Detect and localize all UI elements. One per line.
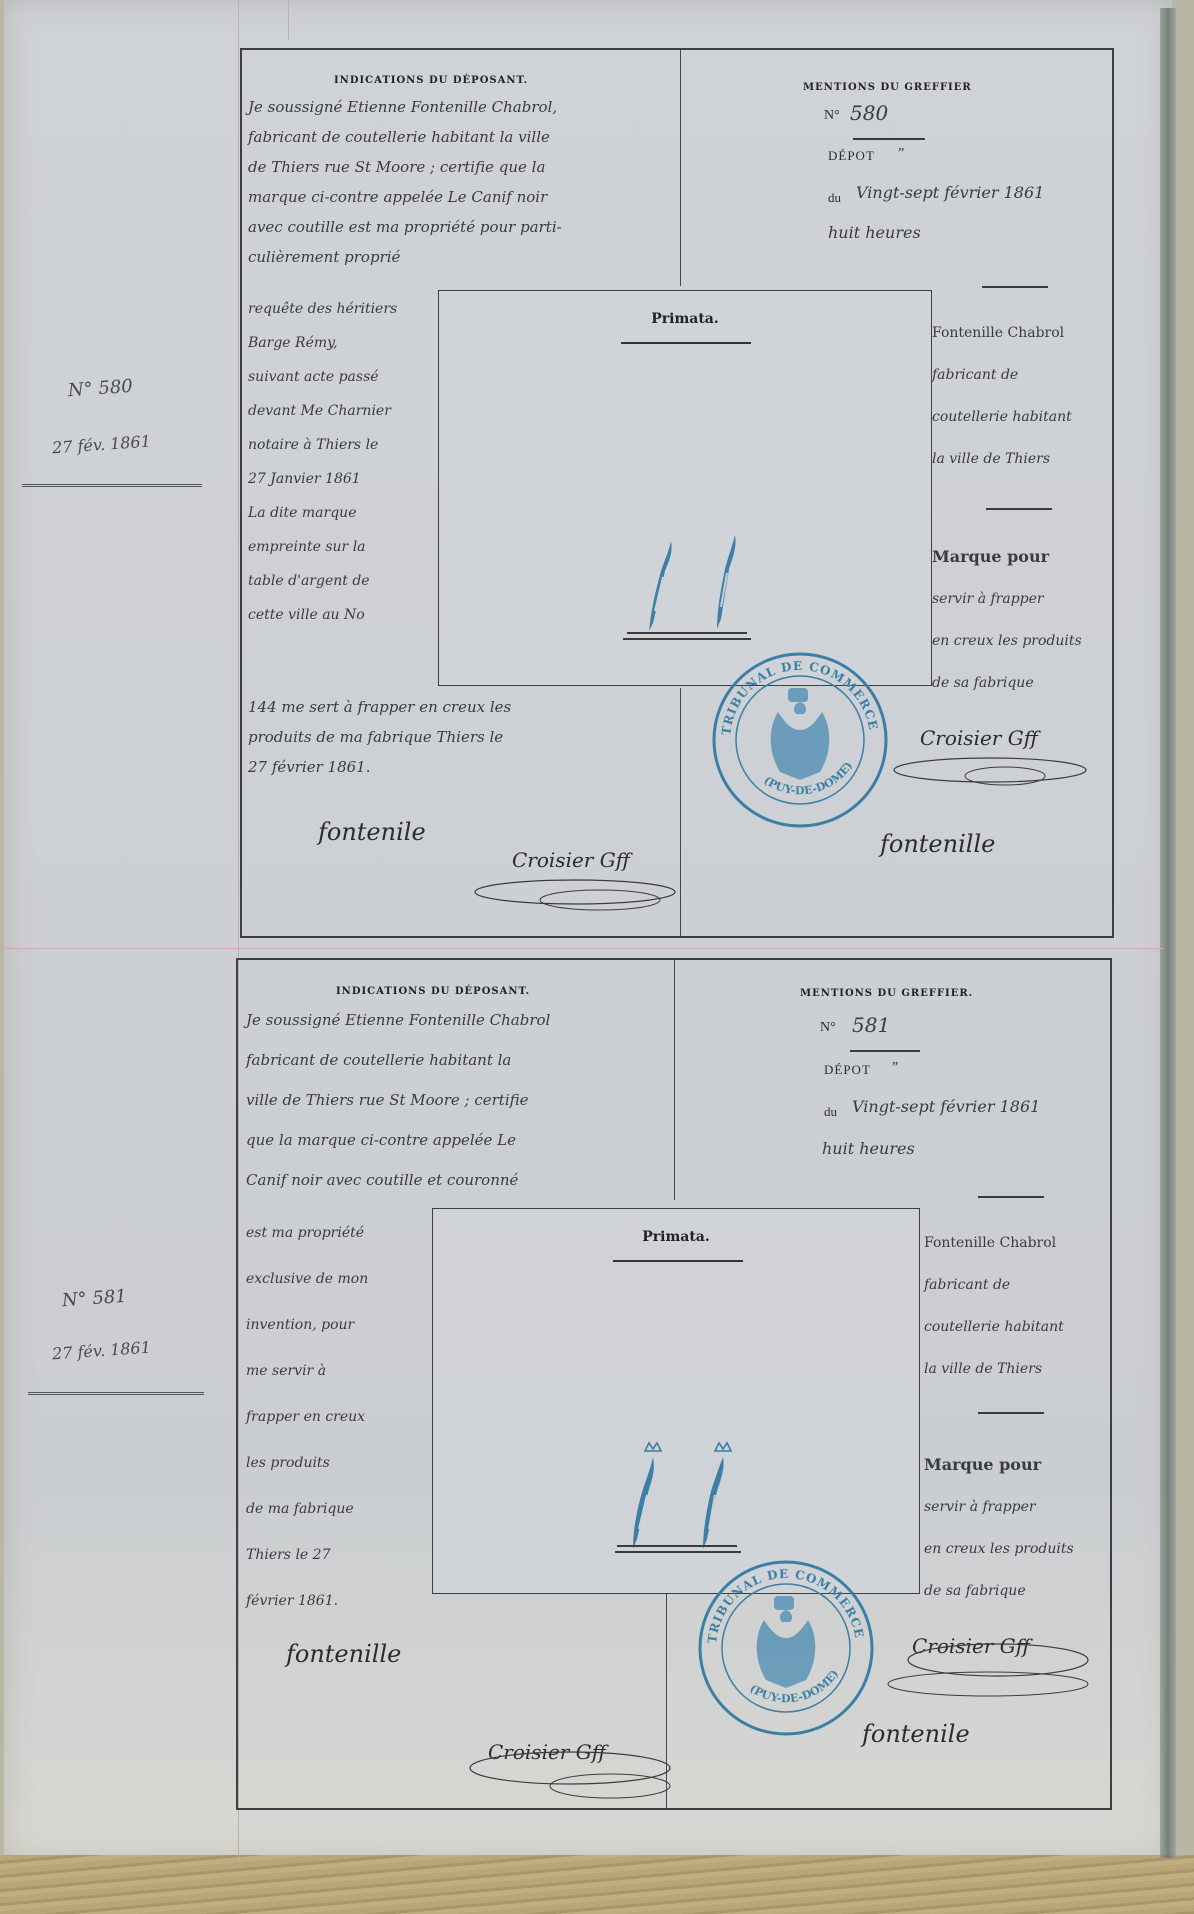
statement-line: notaire à Thiers le — [248, 428, 397, 462]
margin-note-date: 27 fév. 1861 — [51, 1331, 152, 1372]
mark-baseline — [615, 1551, 741, 1553]
purpose-line: de sa fabrique — [932, 662, 1082, 704]
depot-label: DÉPOT — [828, 148, 875, 164]
statement-line: Je soussigné Etienne Fontenille Chabrol — [246, 1000, 550, 1040]
mark-baseline — [627, 632, 747, 634]
purpose-line: Marque pour — [932, 536, 1082, 578]
statement-line: ville de Thiers rue St Moore ; certifie — [246, 1080, 550, 1120]
purpose-line: en creux les produits — [924, 1528, 1074, 1570]
deposit-time: huit heures — [828, 218, 921, 248]
statement-line: Barge Rémy, — [248, 326, 397, 360]
book-binding-edge — [1160, 8, 1176, 1858]
margin-note-number: N° 580 — [67, 370, 134, 408]
trademark-box: Primata. — [438, 290, 932, 686]
date-label: du — [824, 1104, 837, 1120]
registrant-line: Fontenille Chabrol — [924, 1222, 1064, 1264]
registrant-line: coutellerie habitant — [932, 396, 1072, 438]
statement-line: invention, pour — [246, 1302, 368, 1348]
statement-line: La dite marque — [248, 496, 397, 530]
purpose-line: servir à frapper — [932, 578, 1082, 620]
purpose-block: Marque pour servir à frapper en creux le… — [924, 1444, 1074, 1612]
statement-line: devant Me Charnier — [248, 394, 397, 428]
tribunal-seal: TRIBUNAL DE COMMERCE DE THIERS (PUY-DE-D… — [694, 1556, 878, 1740]
depositor-statement-closing: 144 me sert à frapper en creux les produ… — [248, 692, 511, 782]
statement-line: empreinte sur la — [248, 530, 397, 564]
date-label: du — [828, 190, 841, 206]
registrant-block: Fontenille Chabrol fabricant de coutelle… — [924, 1222, 1064, 1390]
statement-line: est ma propriété — [246, 1210, 368, 1256]
statement-line: me servir à — [246, 1348, 368, 1394]
margin-note-number: N° 581 — [61, 1280, 128, 1318]
statement-line: fabricant de coutellerie habitant la — [246, 1040, 550, 1080]
crowned-knife-mark-icon — [619, 1439, 759, 1569]
purpose-line: en creux les produits — [932, 620, 1082, 662]
imperial-eagle-icon — [771, 688, 830, 780]
mark-baseline — [623, 638, 751, 640]
signature-flourish — [890, 740, 1090, 800]
statement-line: culièrement proprié — [248, 242, 562, 272]
signature-flourish — [470, 860, 680, 920]
entry-separator-rule — [4, 948, 1164, 949]
number-underline — [850, 1050, 920, 1052]
purpose-line: de sa fabrique — [924, 1570, 1074, 1612]
depositor-statement: Je soussigné Etienne Fontenille Chabrol … — [246, 1000, 550, 1200]
registrant-line: la ville de Thiers — [924, 1348, 1064, 1390]
depositor-signature: fontenile — [318, 818, 426, 846]
depositor-section-header: INDICATIONS DU DÉPOSANT. — [336, 986, 530, 997]
deposit-date: Vingt-sept février 1861 — [856, 178, 1044, 208]
trademark-name: Primata. — [433, 1229, 919, 1245]
statement-line: cette ville au No — [248, 598, 397, 632]
statement-line: 144 me sert à frapper en creux les — [248, 692, 511, 722]
imperial-eagle-icon — [757, 1596, 816, 1688]
clerk-section-header: MENTIONS DU GREFFIER — [803, 82, 972, 93]
section-rule — [978, 1196, 1044, 1198]
statement-line: 27 Janvier 1861 — [248, 462, 397, 496]
statement-line: marque ci-contre appelée Le Canif noir — [248, 182, 562, 212]
purpose-line: Marque pour — [924, 1444, 1074, 1486]
statement-line: février 1861. — [246, 1578, 368, 1624]
deposit-time: huit heures — [822, 1134, 915, 1164]
trademark-name: Primata. — [439, 311, 931, 327]
margin-note-rule — [22, 484, 202, 487]
registrant-block: Fontenille Chabrol fabricant de coutelle… — [932, 312, 1072, 480]
registry-number-value: 580 — [850, 98, 888, 128]
statement-line: avec coutille est ma propriété pour part… — [248, 212, 562, 242]
statement-line: table d'argent de — [248, 564, 397, 598]
statement-line: de Thiers rue St Moore ; certifie que la — [248, 152, 562, 182]
margin-rule-top — [288, 0, 289, 40]
purpose-line: servir à frapper — [924, 1486, 1074, 1528]
mark-baseline — [617, 1545, 737, 1547]
statement-line: 27 février 1861. — [248, 752, 511, 782]
statement-line: les produits — [246, 1440, 368, 1486]
statement-line: que la marque ci-contre appelée Le — [246, 1120, 550, 1160]
registrant-signature-right: fontenile — [862, 1720, 970, 1748]
depositor-statement-column: requête des héritiers Barge Rémy, suivan… — [248, 292, 397, 632]
margin-note-rule — [28, 1392, 204, 1395]
number-underline — [853, 138, 925, 140]
statement-line: exclusive de mon — [246, 1256, 368, 1302]
registry-number-value: 581 — [852, 1010, 890, 1040]
margin-note-date: 27 fév. 1861 — [51, 425, 152, 466]
statement-line: fabricant de coutellerie habitant la vil… — [248, 122, 562, 152]
depot-value: ” — [892, 1060, 898, 1076]
registrant-signature-right: fontenille — [880, 830, 995, 858]
section-rule — [978, 1412, 1044, 1414]
column-divider-top — [680, 50, 681, 286]
clerk-section-header: MENTIONS DU GREFFIER. — [800, 988, 973, 999]
depot-value: ” — [898, 146, 904, 162]
registrant-line: Fontenille Chabrol — [932, 312, 1072, 354]
depot-label: DÉPOT — [824, 1062, 871, 1078]
statement-line: requête des héritiers — [248, 292, 397, 326]
trademark-name-rule — [621, 342, 751, 344]
registry-number-label: N° — [824, 108, 840, 124]
statement-line: de ma fabrique — [246, 1486, 368, 1532]
section-rule — [982, 286, 1048, 288]
column-divider-top — [674, 960, 675, 1200]
deposit-date: Vingt-sept février 1861 — [852, 1092, 1040, 1122]
column-divider-bottom — [680, 688, 681, 936]
statement-line: Je soussigné Etienne Fontenille Chabrol, — [248, 92, 562, 122]
depositor-section-header: INDICATIONS DU DÉPOSANT. — [334, 75, 528, 86]
registrant-line: coutellerie habitant — [924, 1306, 1064, 1348]
trademark-name-rule — [613, 1260, 743, 1262]
statement-line: Thiers le 27 — [246, 1532, 368, 1578]
signature-flourish — [878, 1640, 1098, 1710]
signature-flourish — [460, 1746, 680, 1816]
registrant-line: fabricant de — [932, 354, 1072, 396]
statement-line: frapper en creux — [246, 1394, 368, 1440]
registry-number-label: N° — [820, 1020, 836, 1036]
registrant-line: fabricant de — [924, 1264, 1064, 1306]
statement-line: produits de ma fabrique Thiers le — [248, 722, 511, 752]
trademark-box: Primata. — [432, 1208, 920, 1594]
statement-line: suivant acte passé — [248, 360, 397, 394]
registrant-line: la ville de Thiers — [932, 438, 1072, 480]
tribunal-seal: TRIBUNAL DE COMMERCE DE THIERS (PUY-DE-D… — [708, 648, 892, 832]
statement-line: Canif noir avec coutille et couronné — [246, 1160, 550, 1200]
wooden-table-background — [0, 1855, 1194, 1914]
section-rule — [986, 508, 1052, 510]
depositor-signature: fontenille — [286, 1640, 401, 1668]
depositor-statement-column: est ma propriété exclusive de mon invent… — [246, 1210, 368, 1624]
purpose-block: Marque pour servir à frapper en creux le… — [932, 536, 1082, 704]
depositor-statement: Je soussigné Etienne Fontenille Chabrol,… — [248, 92, 562, 272]
